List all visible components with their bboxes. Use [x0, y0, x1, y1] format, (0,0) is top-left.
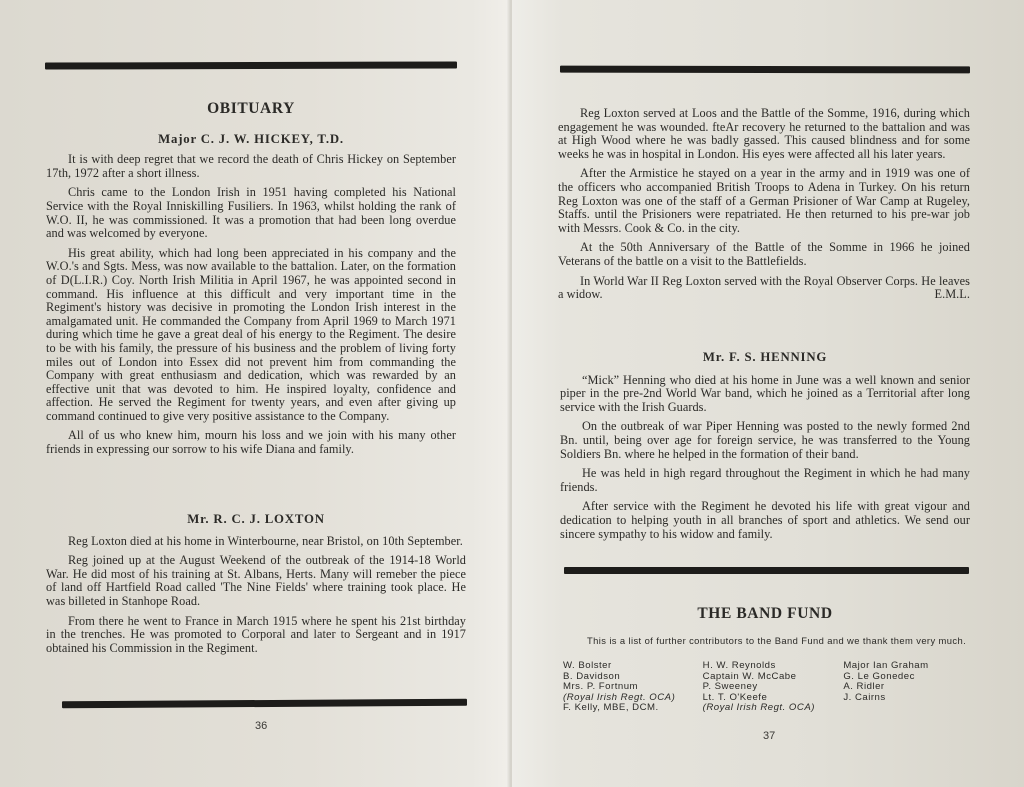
- contributors-column-3: Major Ian Graham G. Le Gonedec A. Ridler…: [843, 661, 973, 714]
- loxton-final-text: In World War II Reg Loxton served with t…: [558, 274, 970, 302]
- hickey-paragraph: All of us who knew him, mourn his loss a…: [46, 429, 456, 456]
- heading-loxton: Mr. R. C. J. LOXTON: [46, 513, 466, 527]
- loxton-paragraph: From there he went to France in March 19…: [46, 615, 466, 656]
- hickey-paragraph: His great ability, which had long been a…: [46, 247, 456, 424]
- henning-paragraph: After service with the Regiment he devot…: [560, 500, 970, 541]
- page-number-37: 37: [763, 730, 775, 742]
- contributor-affiliation: (Royal Irish Regt. OCA): [703, 703, 844, 714]
- hickey-paragraph: Chris came to the London Irish in 1951 h…: [46, 186, 456, 240]
- contributor-name: W. Bolster: [563, 661, 703, 672]
- hickey-obituary: OBITUARY Major C. J. W. HICKEY, T.D. It …: [46, 102, 456, 463]
- section-title-obituary: OBITUARY: [46, 102, 456, 116]
- heading-henning: Mr. F. S. HENNING: [560, 351, 970, 365]
- page-36: OBITUARY Major C. J. W. HICKEY, T.D. It …: [0, 0, 512, 787]
- loxton-paragraph: Reg Loxton died at his home in Winterbou…: [46, 535, 466, 549]
- henning-paragraph: He was held in high regard throughout th…: [560, 467, 970, 494]
- top-rule-left: [45, 61, 457, 69]
- contributor-name: H. W. Reynolds: [703, 661, 844, 672]
- loxton-paragraph: After the Armistice he stayed on a year …: [558, 167, 970, 235]
- band-fund-intro: This is a list of further contributors t…: [563, 636, 968, 647]
- page-number-36: 36: [255, 720, 267, 732]
- loxton-paragraph: In World War II Reg Loxton served with t…: [558, 275, 970, 302]
- loxton-paragraph: Reg joined up at the August Weekend of t…: [46, 554, 466, 608]
- top-rule-right: [560, 66, 970, 74]
- booklet-spread: OBITUARY Major C. J. W. HICKEY, T.D. It …: [0, 0, 1024, 787]
- henning-paragraph: On the outbreak of war Piper Henning was…: [560, 420, 970, 461]
- bottom-rule-left: [62, 699, 467, 708]
- henning-obituary: Mr. F. S. HENNING “Mick” Henning who die…: [560, 351, 970, 547]
- author-signature: E.M.L.: [935, 288, 970, 302]
- contributors-column-1: W. Bolster B. Davidson Mrs. P. Fortnum (…: [563, 661, 703, 714]
- contributor-name: F. Kelly, MBE, DCM.: [563, 703, 703, 714]
- loxton-paragraph: At the 50th Anniversary of the Battle of…: [558, 241, 970, 268]
- loxton-paragraph: Reg Loxton served at Loos and the Battle…: [558, 107, 970, 161]
- contributor-name: J. Cairns: [843, 693, 973, 704]
- henning-paragraph: “Mick” Henning who died at his home in J…: [560, 374, 970, 415]
- divider-rule-right: [564, 567, 969, 574]
- contributors-column-2: H. W. Reynolds Captain W. McCabe P. Swee…: [703, 661, 844, 714]
- contributor-name: Major Ian Graham: [843, 661, 973, 672]
- heading-hickey: Major C. J. W. HICKEY, T.D.: [46, 133, 456, 147]
- loxton-obituary: Mr. R. C. J. LOXTON Reg Loxton died at h…: [46, 513, 466, 661]
- contributors-list: W. Bolster B. Davidson Mrs. P. Fortnum (…: [563, 661, 973, 714]
- section-title-band-fund: THE BAND FUND: [560, 605, 970, 623]
- hickey-paragraph: It is with deep regret that we record th…: [46, 153, 456, 180]
- loxton-obituary-continued: Reg Loxton served at Loos and the Battle…: [558, 107, 970, 308]
- band-fund-intro-text: This is a list of further contributors t…: [587, 635, 966, 646]
